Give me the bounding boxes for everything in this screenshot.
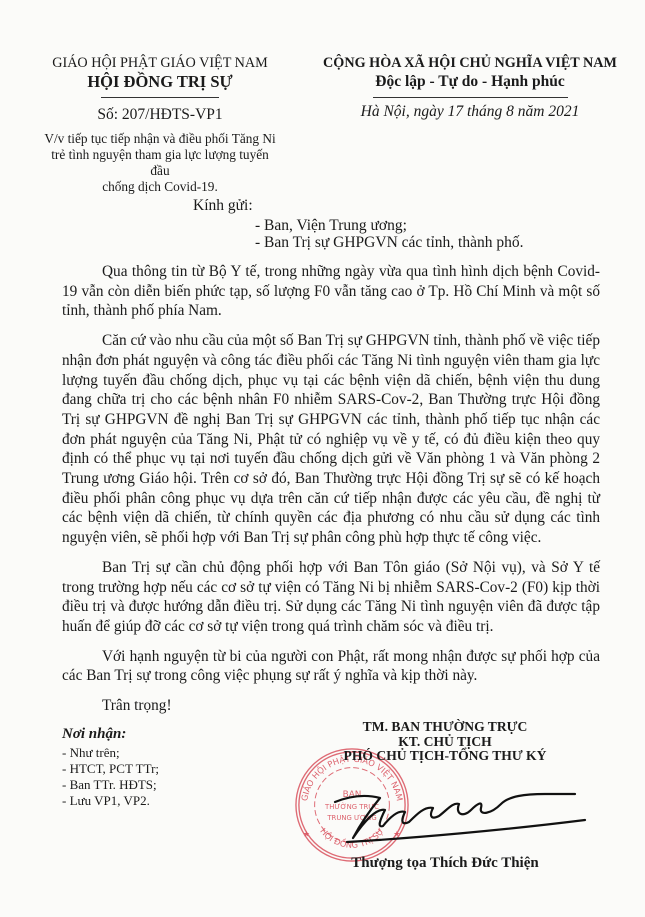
signature-title-line: TM. BAN THƯỜNG TRỰC — [330, 720, 560, 735]
handwritten-signature-icon — [325, 780, 615, 860]
addressee-item: - Ban Trị sự GHPGVN các tỉnh, thành phố. — [255, 235, 523, 252]
document-number: Số: 207/HĐTS-VP1 — [40, 106, 280, 124]
signer-name: Thượng tọa Thích Đức Thiện — [330, 855, 560, 872]
organization-name: HỘI ĐỒNG TRỊ SỰ — [40, 72, 280, 91]
distribution-list: - Như trên; - HTCT, PCT TTr; - Ban TTr. … — [62, 745, 159, 809]
national-motto: Độc lập - Tự do - Hạnh phúc — [300, 72, 640, 91]
addressee-label: Kính gửi: — [193, 196, 253, 216]
body-paragraph: Ban Trị sự cần chủ động phối hợp với Ban… — [62, 558, 600, 637]
subject-line: trẻ tình nguyện tham gia lực lượng tuyến… — [40, 147, 280, 179]
body-paragraph: Với hạnh nguyện từ bi của người con Phật… — [62, 647, 600, 686]
issuer-header: GIÁO HỘI PHẬT GIÁO VIỆT NAM HỘI ĐỒNG TRỊ… — [40, 55, 280, 195]
distribution-item: - Lưu VP1, VP2. — [62, 793, 159, 809]
signature-title-line: KT. CHỦ TỊCH — [330, 735, 560, 750]
country-name: CỘNG HÒA XÃ HỘI CHỦ NGHĨA VIỆT NAM — [300, 55, 640, 72]
subject-line: V/v tiếp tục tiếp nhận và điều phối Tăng… — [40, 131, 280, 147]
parent-organization: GIÁO HỘI PHẬT GIÁO VIỆT NAM — [40, 55, 280, 72]
signature-titles: TM. BAN THƯỜNG TRỰC KT. CHỦ TỊCH PHÓ CHỦ… — [330, 720, 560, 764]
motto-divider — [373, 97, 568, 98]
svg-text:★: ★ — [303, 829, 310, 838]
distribution-item: - Như trên; — [62, 745, 159, 761]
distribution-item: - HTCT, PCT TTr; — [62, 761, 159, 777]
document-subject: V/v tiếp tục tiếp nhận và điều phối Tăng… — [40, 131, 280, 195]
distribution-title: Nơi nhận: — [62, 726, 126, 743]
addressee-item: - Ban, Viện Trung ương; — [255, 218, 523, 235]
body-paragraph: Căn cứ vào nhu cầu của một số Ban Trị sự… — [62, 331, 600, 548]
place-and-date: Hà Nội, ngày 17 tháng 8 năm 2021 — [300, 103, 640, 121]
addressee-list: - Ban, Viện Trung ương; - Ban Trị sự GHP… — [255, 218, 523, 251]
closing-salutation: Trân trọng! — [62, 696, 600, 716]
header-divider — [101, 97, 219, 98]
distribution-item: - Ban TTr. HĐTS; — [62, 777, 159, 793]
letter-body: Qua thông tin từ Bộ Y tế, trong những ng… — [62, 262, 600, 726]
signature-title-line: PHÓ CHỦ TỊCH-TỔNG THƯ KÝ — [330, 749, 560, 764]
national-header: CỘNG HÒA XÃ HỘI CHỦ NGHĨA VIỆT NAM Độc l… — [300, 55, 640, 121]
subject-line: chống dịch Covid-19. — [40, 179, 280, 195]
body-paragraph: Qua thông tin từ Bộ Y tế, trong những ng… — [62, 262, 600, 321]
